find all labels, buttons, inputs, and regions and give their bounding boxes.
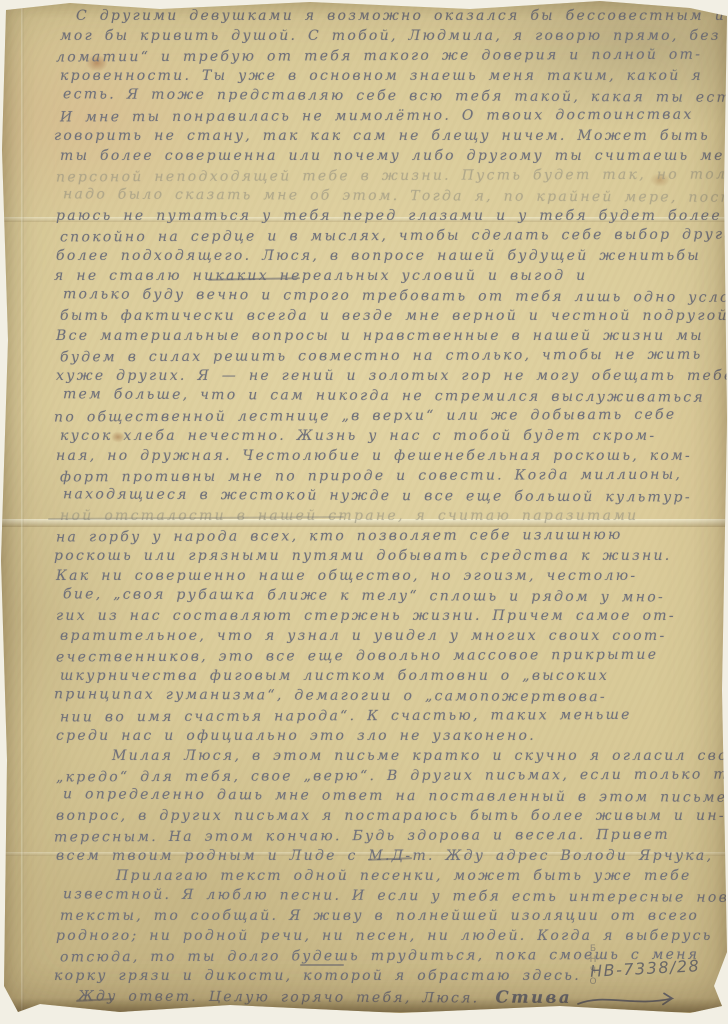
letter-line: родного; ни родной речи, ни песен, ни лю… (56, 926, 716, 946)
letter-line: И мне ты понравилась не мимолётно. О тво… (60, 105, 716, 128)
letter-body: С другими девушками я возможно оказался … (56, 6, 716, 1007)
letter-line: нии во имя счастья народа“. К счастью, т… (60, 705, 716, 728)
letter-line: и определенно дашь мне ответ на поставле… (63, 784, 716, 807)
letter-line: гих из нас составляют стержень жизни. Пр… (56, 606, 716, 626)
letter-line: среди нас и официально это зло не узакон… (56, 726, 716, 746)
letter-line: известной. Я люблю песни. И если у тебя … (63, 884, 716, 907)
letter-line: более подходящего. Люся, в вопросе нашей… (56, 246, 716, 266)
letter-paper-sheet: С другими девушками я возможно оказался … (0, 0, 728, 1014)
letter-line: бие, „своя рубашка ближе к телу“ сплошь … (63, 584, 716, 607)
letter-line: по общественной лестнице „в верхи“ или ж… (54, 405, 716, 428)
letter-line: вопрос, в других письмах я постараюсь бы… (56, 806, 716, 826)
letter-line: тересным. На этом кончаю. Будь здорова и… (54, 825, 716, 848)
letter-line: С другими девушками я возможно оказался … (56, 6, 716, 26)
signature: Стива (495, 988, 572, 1007)
letter-line: спокойно на сердце и в мыслях, чтобы сде… (60, 225, 716, 248)
letter-line: всем твоим родным и Лиде с М.Д-т. Жду ад… (56, 846, 716, 866)
letter-line: ты более совершенна или почему либо друг… (60, 146, 716, 166)
letter-line: Милая Люся, в этом письме кратко и скучн… (60, 746, 716, 766)
letter-line: вратительное, что я узнал и увидел у мно… (60, 626, 716, 646)
letter-line: мог бы кривить душой. С тобой, Людмила, … (60, 26, 716, 46)
letter-line: кусок хлеба нечестно. Жизнь у нас с тобо… (60, 426, 716, 446)
letter-line: Прилагаю текст одной песенки, может быть… (60, 866, 716, 886)
signature-flourish (576, 989, 686, 1010)
letter-line: хуже других. Я — не гений и золотых гор … (56, 366, 716, 386)
closing-text: Жду ответ. Целую горячо тебя, Люся. (78, 988, 480, 1006)
letter-line: быть фактически всегда и везде мне верно… (60, 306, 716, 326)
letter-line: будем в силах решить совместно на стольк… (60, 345, 716, 368)
letter-line: Все материальные вопросы и нравственные … (56, 326, 716, 346)
letter-line: только буду вечно и строго требовать от … (63, 284, 716, 307)
letter-line: Как ни совершенно наше общество, но эгои… (56, 566, 716, 586)
letter-line: говорить не стану, так как сам не блещу … (54, 126, 716, 146)
letter-line: тексты, то сообщай. Я живу в полнейшей и… (60, 906, 716, 926)
letter-line: кровенности. Ты уже в основном знаешь ме… (60, 66, 716, 86)
letter-line: надо было сказать мне об этом. Тогда я, … (63, 184, 716, 207)
letter-line: ной отсталости в нашей стране, я считаю … (60, 506, 716, 526)
letter-line: я не ставлю никаких нереальных условий и… (54, 266, 716, 286)
letter-line: на горбу у народа всех, кто позволяет се… (56, 525, 716, 548)
letter-line: ломатии“ и требую от тебя такого же дове… (56, 45, 716, 68)
closing-line: Жду ответ. Целую горячо тебя, Люся.Стива (78, 985, 716, 1008)
letter-line: ная, но дружная. Честолюбие и фешенебель… (56, 446, 716, 466)
letter-line: ечественников, это все еще довольно масс… (56, 645, 716, 668)
letter-line: шкурничества фиговым листком болтовни о … (60, 666, 716, 686)
letter-line: роскошь или грязными путями добывать сре… (54, 546, 716, 566)
fold-crease-vertical (21, 0, 24, 1014)
letter-line: находящиеся в жестокой нужде и все еще б… (63, 484, 716, 507)
letter-line: раюсь не путаться у тебя перед глазами и… (56, 206, 716, 226)
